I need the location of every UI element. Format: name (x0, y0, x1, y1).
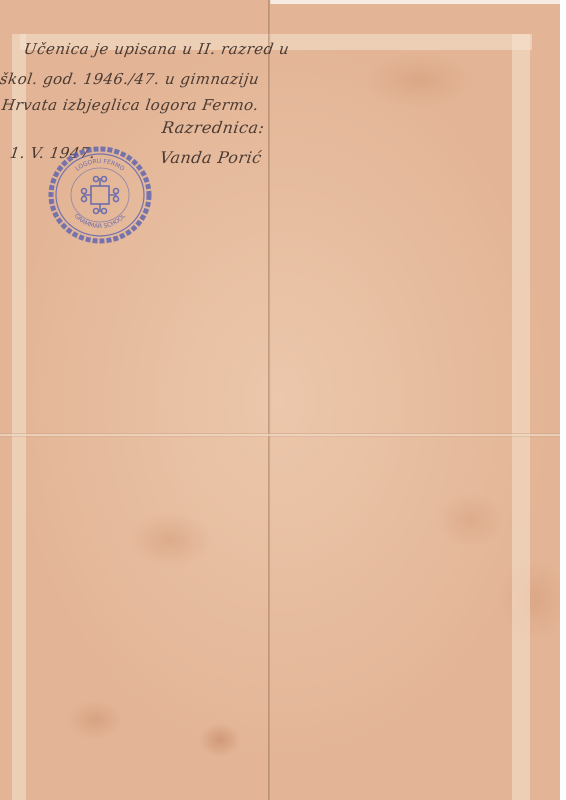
stamp-seal-icon: LOGORU FERMO GRAMMAR SCHOOL (48, 146, 152, 244)
document-paper (0, 0, 560, 800)
fold-line-vertical (268, 0, 271, 800)
fold-line-horizontal (0, 433, 560, 437)
signature-title: Razrednica: (161, 118, 266, 137)
paper-top-edge (270, 0, 560, 4)
svg-text:LOGORU FERMO: LOGORU FERMO (74, 158, 126, 173)
handwritten-line-2: škol. god. 1946./47. u gimnaziju (0, 70, 260, 88)
handwritten-line-1: Učenica je upisana u II. razred u (23, 40, 291, 58)
school-stamp: LOGORU FERMO GRAMMAR SCHOOL (48, 146, 152, 244)
handwritten-line-3: Hrvata izbjeglica logora Fermo. (1, 96, 260, 114)
border-band-right (512, 34, 530, 800)
signature: Vanda Porić (159, 148, 263, 167)
scan-margin (560, 0, 566, 800)
